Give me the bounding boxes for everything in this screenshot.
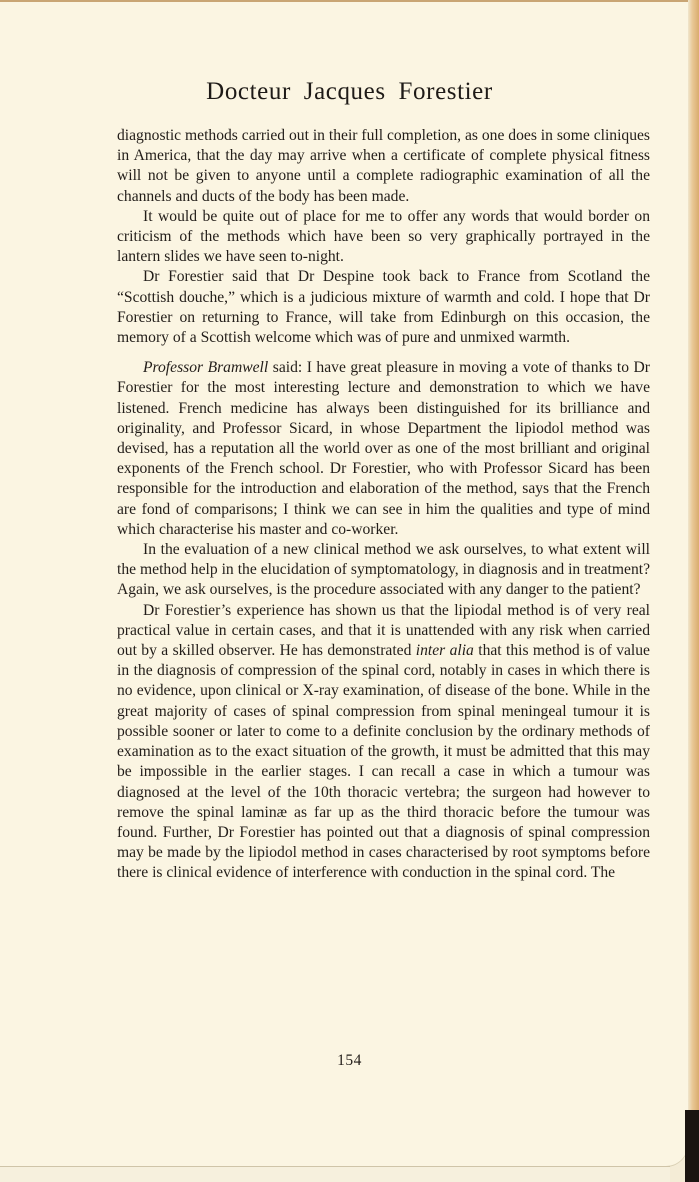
book-spine-edge — [688, 0, 699, 1182]
next-page-edge — [0, 1166, 670, 1182]
paragraph: Dr Forestier’s experience has shown us t… — [117, 601, 650, 884]
page-number: 154 — [0, 1052, 699, 1070]
paragraph-continued: diagnostic methods carried out in their … — [117, 126, 650, 207]
paragraph-speaker: Professor Bramwell said: I have great pl… — [117, 358, 650, 540]
page-body: diagnostic methods carried out in their … — [117, 126, 650, 884]
page-top-edge — [0, 0, 699, 2]
speaker-name: Professor Bramwell — [143, 359, 268, 376]
book-page: Docteur Jacques Forestier diagnostic met… — [0, 0, 688, 1166]
paragraph: It would be quite out of place for me to… — [117, 207, 650, 268]
running-header: Docteur Jacques Forestier — [0, 78, 699, 106]
paragraph: In the evaluation of a new clinical meth… — [117, 540, 650, 601]
paragraph: Dr Forestier said that Dr Despine took b… — [117, 267, 650, 348]
speaker-remarks: said: I have great pleasure in moving a … — [117, 359, 650, 538]
background-shadow — [685, 1110, 699, 1182]
paragraph-text: that this method is of value in the diag… — [117, 642, 650, 881]
latin-emphasis: inter alia — [416, 642, 474, 659]
